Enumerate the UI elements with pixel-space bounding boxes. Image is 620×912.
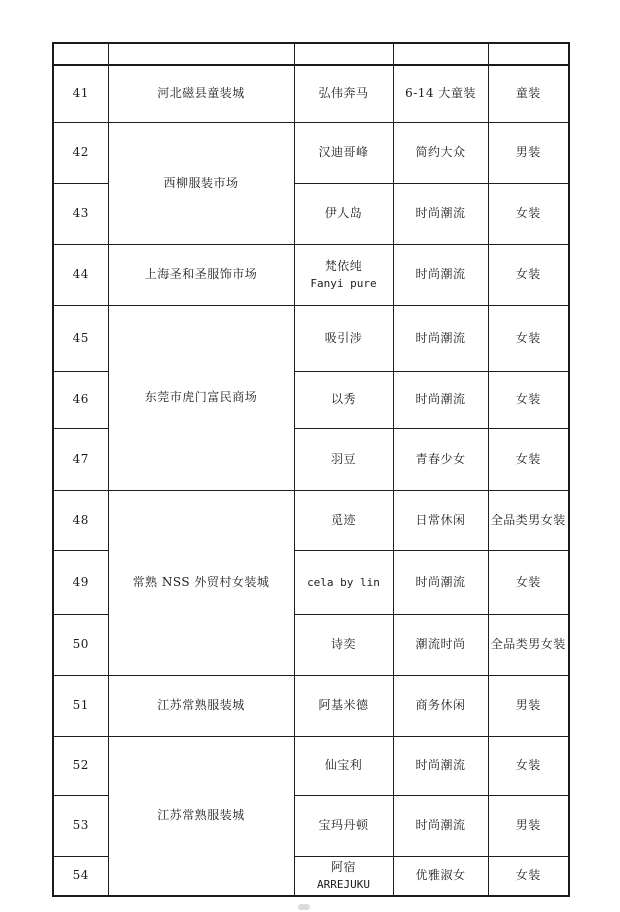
- brand-name: 阿宿: [331, 860, 356, 874]
- style-cell: 潮流时尚: [393, 614, 488, 675]
- brand-cell: 阿基米德: [294, 675, 393, 736]
- style-cell: 时尚潮流: [393, 795, 488, 856]
- brand-name: 梵依纯: [325, 259, 363, 273]
- header-cell: [294, 43, 393, 65]
- brand-cell: 弘伟奔马: [294, 65, 393, 122]
- category-cell: 女装: [488, 305, 569, 371]
- table-row: 52 江苏常熟服装城 仙宝利 时尚潮流 女装: [53, 736, 569, 795]
- category-cell: 童装: [488, 65, 569, 122]
- style-cell: 时尚潮流: [393, 736, 488, 795]
- category-cell: 女装: [488, 550, 569, 614]
- table-row: 45 东莞市虎门富民商场 吸引涉 时尚潮流 女装: [53, 305, 569, 371]
- style-cell: 时尚潮流: [393, 183, 488, 244]
- row-number-cell: 41: [53, 65, 108, 122]
- row-number-cell: 48: [53, 490, 108, 550]
- brand-cell: 诗奕: [294, 614, 393, 675]
- style-cell: 日常休闲: [393, 490, 488, 550]
- row-number-cell: 54: [53, 856, 108, 896]
- brand-cell: 梵依纯 Fanyi pure: [294, 244, 393, 305]
- row-number-cell: 50: [53, 614, 108, 675]
- header-cell: [53, 43, 108, 65]
- header-cell: [393, 43, 488, 65]
- row-number-cell: 44: [53, 244, 108, 305]
- table-row: 42 西柳服装市场 汉迪哥峰 简约大众 男装: [53, 122, 569, 183]
- market-cell: 东莞市虎门富民商场: [108, 305, 294, 490]
- market-cell: 常熟 NSS 外贸村女装城: [108, 490, 294, 675]
- category-cell: 男装: [488, 795, 569, 856]
- table-header-row: [53, 43, 569, 65]
- row-number-cell: 45: [53, 305, 108, 371]
- style-cell: 时尚潮流: [393, 371, 488, 428]
- row-number-cell: 53: [53, 795, 108, 856]
- style-cell: 时尚潮流: [393, 244, 488, 305]
- style-cell: 简约大众: [393, 122, 488, 183]
- style-cell: 时尚潮流: [393, 550, 488, 614]
- row-number-cell: 52: [53, 736, 108, 795]
- category-cell: 女装: [488, 856, 569, 896]
- category-cell: 男装: [488, 675, 569, 736]
- category-cell: 女装: [488, 371, 569, 428]
- document-page: 41 河北磁县童装城 弘伟奔马 6-14 大童装 童装 42 西柳服装市场 汉迪…: [0, 0, 620, 912]
- row-number-cell: 47: [53, 428, 108, 490]
- brand-cell: 仙宝利: [294, 736, 393, 795]
- category-cell: 全品类男女装: [488, 490, 569, 550]
- style-cell: 6-14 大童装: [393, 65, 488, 122]
- market-cell: 江苏常熟服装城: [108, 736, 294, 896]
- table-row: 48 常熟 NSS 外贸村女装城 觅迹 日常休闲 全品类男女装: [53, 490, 569, 550]
- brand-name-en: Fanyi pure: [297, 275, 391, 292]
- brand-cell: 阿宿 ARREJUKU: [294, 856, 393, 896]
- category-cell: 女装: [488, 736, 569, 795]
- category-cell: 全品类男女装: [488, 614, 569, 675]
- brand-name: cela by lin: [307, 576, 380, 589]
- brand-cell: 觅迹: [294, 490, 393, 550]
- brand-cell: 吸引涉: [294, 305, 393, 371]
- brand-cell: 羽豆: [294, 428, 393, 490]
- row-number-cell: 49: [53, 550, 108, 614]
- market-cell: 西柳服装市场: [108, 122, 294, 244]
- table-row: 44 上海圣和圣服饰市场 梵依纯 Fanyi pure 时尚潮流 女装: [53, 244, 569, 305]
- category-cell: 女装: [488, 183, 569, 244]
- brand-cell: 伊人岛: [294, 183, 393, 244]
- market-cell: 江苏常熟服装城: [108, 675, 294, 736]
- style-cell: 商务休闲: [393, 675, 488, 736]
- header-cell: [108, 43, 294, 65]
- row-number-cell: 51: [53, 675, 108, 736]
- brand-cell: 宝玛丹顿: [294, 795, 393, 856]
- brand-cell: 以秀: [294, 371, 393, 428]
- brand-market-table: 41 河北磁县童装城 弘伟奔马 6-14 大童装 童装 42 西柳服装市场 汉迪…: [52, 42, 570, 897]
- market-cell: 上海圣和圣服饰市场: [108, 244, 294, 305]
- category-cell: 女装: [488, 428, 569, 490]
- table-row: 51 江苏常熟服装城 阿基米德 商务休闲 男装: [53, 675, 569, 736]
- row-number-cell: 46: [53, 371, 108, 428]
- style-cell: 时尚潮流: [393, 305, 488, 371]
- category-cell: 男装: [488, 122, 569, 183]
- row-number-cell: 43: [53, 183, 108, 244]
- brand-name-en: ARREJUKU: [297, 876, 391, 893]
- category-cell: 女装: [488, 244, 569, 305]
- brand-cell: 汉迪哥峰: [294, 122, 393, 183]
- style-cell: 青春少女: [393, 428, 488, 490]
- row-number-cell: 42: [53, 122, 108, 183]
- table-row: 41 河北磁县童装城 弘伟奔马 6-14 大童装 童装: [53, 65, 569, 122]
- brand-cell: cela by lin: [294, 550, 393, 614]
- page-number-partial-mark: [298, 904, 310, 910]
- market-cell: 河北磁县童装城: [108, 65, 294, 122]
- header-cell: [488, 43, 569, 65]
- style-cell: 优雅淑女: [393, 856, 488, 896]
